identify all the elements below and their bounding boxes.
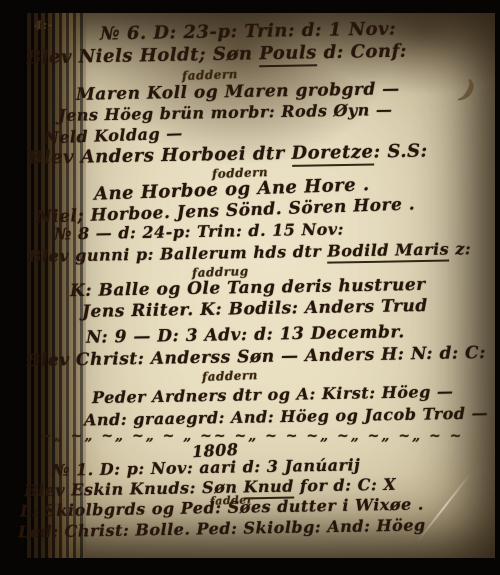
year-separator: ~„ ~„ ~„ ~„ ~ „ ~~ ~„ ~ ~ ~„ ~„ ~„ ~„ ~ … xyxy=(40,428,463,444)
manuscript-text: faddern xyxy=(182,67,238,83)
manuscript-text: z: xyxy=(449,239,471,258)
manuscript-text: ~„ ~„ ~„ ~„ ~ „ ~~ ~„ ~ ~ ~„ ~„ ~„ ~„ ~ … xyxy=(40,428,463,444)
entry-9-heading: N: 9 — D: 3 Adv: d: 13 Decembr. xyxy=(86,322,405,348)
manuscript-text: for d: C: X xyxy=(294,475,397,496)
interlinear-faddern-2: faddern xyxy=(202,368,258,384)
manuscript-text: faddern xyxy=(202,368,258,384)
entry-6-witnesses-3: Neld Koldag — xyxy=(44,124,183,148)
manuscript-text: ) xyxy=(458,75,479,107)
manuscript-text: № 8 — d: 24-p: Trin: d. 15 Nov: xyxy=(54,219,344,243)
margin-flourish: ) xyxy=(458,75,479,107)
underlined-name: Doretze xyxy=(291,141,373,166)
entry-9-witnesses-2: And: graaegrd: And: Höeg og Jacob Trod — xyxy=(84,403,488,429)
manuscript-text: : S.S: xyxy=(373,141,428,163)
interlinear-faddern: faddern xyxy=(182,67,238,83)
manuscript-text: And: graaegrd: And: Höeg og Jacob Trod — xyxy=(84,403,488,429)
entry-9-witnesses-1: Peder Ardners dtr og A: Kirst: Höeg — xyxy=(92,382,454,407)
manuscript-lines: 4:-№ 6. D: 23-p: Trin: d: 1 Nov:Blev Nie… xyxy=(0,0,500,575)
manuscript-text: Peder Ardners dtr og A: Kirst: Höeg — xyxy=(92,382,454,407)
manuscript-text: Neld Koldag — xyxy=(44,124,183,148)
underlined-name: Bodild Maris xyxy=(327,240,449,264)
manuscript-text: 4:- xyxy=(34,17,54,32)
manuscript-text: d: Conf: xyxy=(317,41,407,64)
entry-8-line: Blev gunni p: Ballerum hds dtr Bodild Ma… xyxy=(28,239,472,266)
entry-8-heading: № 8 — d: 24-p: Trin: d. 15 Nov: xyxy=(54,219,344,243)
manuscript-text: N: 9 — D: 3 Adv: d: 13 Decembr. xyxy=(86,322,405,348)
manuscript-text: Blev gunni p: Ballerum hds dtr xyxy=(28,242,328,266)
entry-6-line: Blev Niels Holdt; Søn Pouls d: Conf: xyxy=(26,41,407,69)
photo-frame: 4:-№ 6. D: 23-p: Trin: d: 1 Nov:Blev Nie… xyxy=(0,0,500,575)
page-number-mark: 4:- xyxy=(34,17,54,32)
manuscript-text: Blev Niels Holdt; Søn xyxy=(26,43,260,68)
underlined-name: Pouls xyxy=(259,42,317,67)
